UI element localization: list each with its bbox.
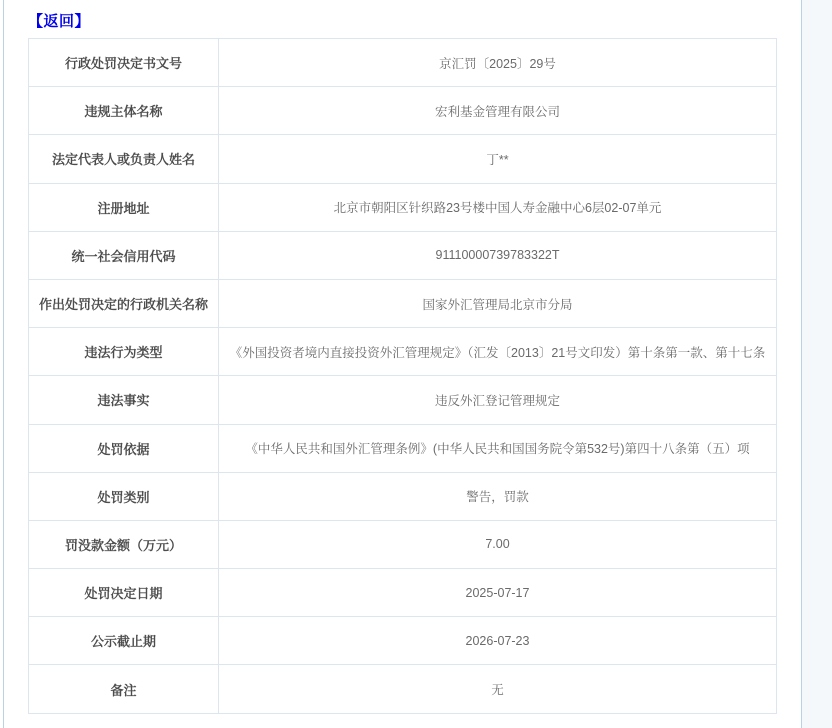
row-value: 违反外汇登记管理规定 <box>219 376 777 424</box>
content-area: 【返回】 行政处罚决定书文号京汇罚〔2025〕29号违规主体名称宏利基金管理有限… <box>28 10 777 714</box>
table-row: 处罚依据《中华人民共和国外汇管理条例》(中华人民共和国国务院令第532号)第四十… <box>29 424 777 472</box>
row-label: 违规主体名称 <box>29 87 219 135</box>
row-label: 作出处罚决定的行政机关名称 <box>29 279 219 327</box>
row-value: 北京市朝阳区针织路23号楼中国人寿金融中心6层02-07单元 <box>219 183 777 231</box>
row-value: 京汇罚〔2025〕29号 <box>219 39 777 87</box>
table-row: 备注无 <box>29 665 777 713</box>
row-value: 7.00 <box>219 520 777 568</box>
table-row: 行政处罚决定书文号京汇罚〔2025〕29号 <box>29 39 777 87</box>
row-value: 2025-07-17 <box>219 569 777 617</box>
table-row: 统一社会信用代码91110000739783322T <box>29 231 777 279</box>
left-edge-divider <box>3 0 4 728</box>
row-value: 无 <box>219 665 777 713</box>
row-value: 丁** <box>219 135 777 183</box>
right-side-strip <box>801 0 832 728</box>
table-row: 处罚类别警告，罚款 <box>29 472 777 520</box>
row-value: 警告，罚款 <box>219 472 777 520</box>
row-label: 违法行为类型 <box>29 328 219 376</box>
row-value: 国家外汇管理局北京市分局 <box>219 279 777 327</box>
back-link[interactable]: 【返回】 <box>28 10 90 31</box>
row-label: 罚没款金额（万元） <box>29 520 219 568</box>
row-label: 处罚依据 <box>29 424 219 472</box>
table-row: 违规主体名称宏利基金管理有限公司 <box>29 87 777 135</box>
penalty-table-body: 行政处罚决定书文号京汇罚〔2025〕29号违规主体名称宏利基金管理有限公司法定代… <box>29 39 777 714</box>
table-row: 处罚决定日期2025-07-17 <box>29 569 777 617</box>
row-label: 备注 <box>29 665 219 713</box>
row-label: 处罚决定日期 <box>29 569 219 617</box>
table-row: 罚没款金额（万元）7.00 <box>29 520 777 568</box>
table-row: 法定代表人或负责人姓名丁** <box>29 135 777 183</box>
row-label: 违法事实 <box>29 376 219 424</box>
row-value: 宏利基金管理有限公司 <box>219 87 777 135</box>
table-row: 注册地址北京市朝阳区针织路23号楼中国人寿金融中心6层02-07单元 <box>29 183 777 231</box>
table-row: 作出处罚决定的行政机关名称国家外汇管理局北京市分局 <box>29 279 777 327</box>
table-row: 公示截止期2026-07-23 <box>29 617 777 665</box>
row-value: 2026-07-23 <box>219 617 777 665</box>
table-row: 违法行为类型《外国投资者境内直接投资外汇管理规定》（汇发〔2013〕21号文印发… <box>29 328 777 376</box>
row-label: 公示截止期 <box>29 617 219 665</box>
row-value: 《中华人民共和国外汇管理条例》(中华人民共和国国务院令第532号)第四十八条第（… <box>219 424 777 472</box>
penalty-detail-page: 【返回】 行政处罚决定书文号京汇罚〔2025〕29号违规主体名称宏利基金管理有限… <box>0 0 832 728</box>
row-value: 91110000739783322T <box>219 231 777 279</box>
penalty-detail-table: 行政处罚决定书文号京汇罚〔2025〕29号违规主体名称宏利基金管理有限公司法定代… <box>28 38 777 714</box>
row-label: 法定代表人或负责人姓名 <box>29 135 219 183</box>
row-label: 注册地址 <box>29 183 219 231</box>
table-row: 违法事实违反外汇登记管理规定 <box>29 376 777 424</box>
row-label: 行政处罚决定书文号 <box>29 39 219 87</box>
row-label: 处罚类别 <box>29 472 219 520</box>
row-value: 《外国投资者境内直接投资外汇管理规定》（汇发〔2013〕21号文印发）第十条第一… <box>219 328 777 376</box>
row-label: 统一社会信用代码 <box>29 231 219 279</box>
